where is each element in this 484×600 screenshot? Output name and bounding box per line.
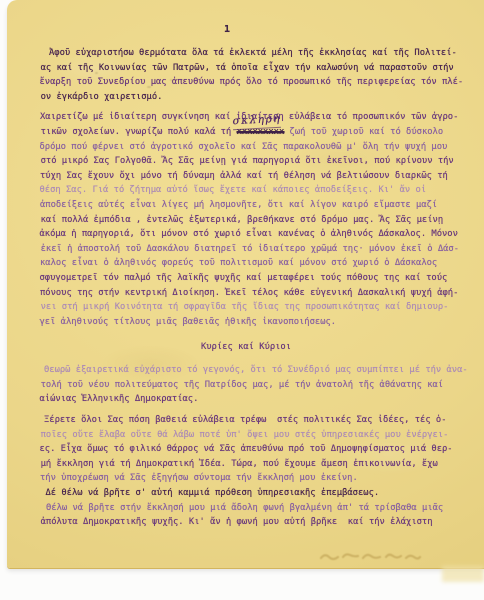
ghost-page-edge [442,566,484,582]
typed-line: Ἀφοῦ εὐχαριστήσω θερμότατα ὅλα τά ἐκλεκτ… [40,46,468,61]
typed-line: τήν ὑποχρέωση νά Σᾶς ἐξηγήσω σύντομα τήν… [40,471,468,486]
handwritten-correction: σκληρή [232,112,281,130]
typed-line: Ξέρετε ὅλοι Σας πόση βαθειά εὐλάβεια τρέ… [40,413,468,428]
typed-line: ποῖες οὔτε ἔλαβα οὔτε θά λάβω ποτέ ὑπ' ὄ… [41,428,469,443]
section-heading: Κυρίες καί Κύριοι [32,342,460,352]
typed-line: τικῶν σχολείων. γνωρίζω πολύ καλά τή xxx… [41,125,469,140]
typed-line: θέση Σας. Γιά τό ζήτημα αὐτό ἴσως ἔχετε … [40,183,468,198]
typed-text: τικῶν σχολείων. γνωρίζω πολύ καλά τή [41,127,237,137]
page-number: 1 [13,24,441,35]
typed-body-top: Ἀφοῦ εὐχαριστήσω θερμότατα ὅλα τά ἐκλεκτ… [40,46,468,329]
typed-text: ζωή τοῦ χωριοῦ καί τό δύσκολο [284,127,443,137]
typed-line: νει στή μικρή Κοινότητα τή σφραγῖδα τῆς … [41,300,469,315]
paragraph: Χαιρετίζω μέ ἰδιαίτερη συγκίνηση καί ἰδι… [40,110,468,329]
typed-line: ον ἐγκάρδιο χαιρετισμό. [41,90,469,105]
typed-line: αἰώνιας Ἑλληνικῆς Δημοκρατίας. [40,392,468,407]
typed-line: ἔναρξη τοῦ Συνεδρίου μας ἀπευθύνω πρός ὅ… [40,75,468,90]
paragraph: Ξέρετε ὅλοι Σας πόση βαθειά εὐλάβεια τρέ… [40,413,468,530]
typed-line: Θεωρῶ ἐξαιρετικά εὐχάριστο τό γεγονός, ὅ… [40,363,468,378]
page-content: 1 Ἀφοῦ εὐχαριστήσω θερμότατα ὅλα τά ἐκλε… [7,0,484,568]
typed-line: ἐκεῖ ἡ ἀποστολή τοῦ Δασκάλου διατηρεῖ τό… [41,242,469,257]
typed-line: πόνους της στήν κεντρική Διοίκηση. Ἐκεῖ … [40,286,468,301]
typed-line: καί πολλά ἐμπόδια , ἐντελῶς ἐξωτερικά, β… [41,213,469,228]
typed-line: γεῖ ἀληθινούς τίτλους μιᾶς βαθειᾶς ἠθικῆ… [40,315,468,330]
typed-line: ἀπόλυτα Δημοκρατικῆς ψυχῆς. Κι' ἄν ἡ φων… [41,515,469,530]
typed-line: τύχη Σας ἔχουν ὄχι μόνο τή δύναμη ἀλλά κ… [40,169,468,184]
typed-line: ἀποδείξεις αὐτές εἶναι λίγες μή λησμονῆτ… [40,198,468,213]
typewritten-page: 1 Ἀφοῦ εὐχαριστήσω θερμότατα ὅλα τά ἐκλε… [7,0,484,568]
typed-line: στό μικρό Σας Γολγοθᾶ. Ἄς Σᾶς μείνῃ γιά … [41,154,469,169]
paragraph: Θεωρῶ ἐξαιρετικά εὐχάριστο τό γεγονός, ὅ… [40,363,468,407]
typed-body-bottom: Θεωρῶ ἐξαιρετικά εὐχάριστο τό γεγονός, ὅ… [40,363,468,530]
typed-line: Δέ θέλω νά βρῆτε σ' αὐτή καμμιά πρόθεση … [40,486,468,501]
typed-line: σφυγομετρεῖ τόν παλμό τῆς λαϊκῆς ψυχῆς κ… [40,271,468,286]
typed-line: Θέλω νά βρῆτε στήν ἔκκλησή μου μιά ἄδολη… [40,501,468,516]
typed-line: ας καί τῆς Κοινωνίας τῶν Πατρῶν, τά ὁποῖ… [41,61,469,76]
struck-word: xxxxxxxxxσκληρή [237,125,285,140]
typed-line: μή ἔκκληση γιά τή Δημοκρατική Ἰδέα. Τώρα… [41,457,469,472]
typed-line: καλος εἶναι ὁ ἀληθινός φορεύς τοῦ πολιτι… [40,256,468,271]
faint-stamp [318,549,422,565]
typed-line: ἀκόμα ἡ παρηγοριά, ὅτι μόνον στό χωριό ε… [40,227,468,242]
paragraph: Ἀφοῦ εὐχαριστήσω θερμότατα ὅλα τά ἐκλεκτ… [40,46,468,104]
typed-line: ες. Εἶχα ὅμως τό φιλικό θάρρος νά Σᾶς ἀπ… [40,442,468,457]
typed-line: τολή τοῦ νέου πολιτεύματος τῆς Πατρίδος … [41,378,469,393]
typed-line: δρόμο πού φέρνει στό ἀγροτικό σχολεῖο κα… [40,140,468,155]
